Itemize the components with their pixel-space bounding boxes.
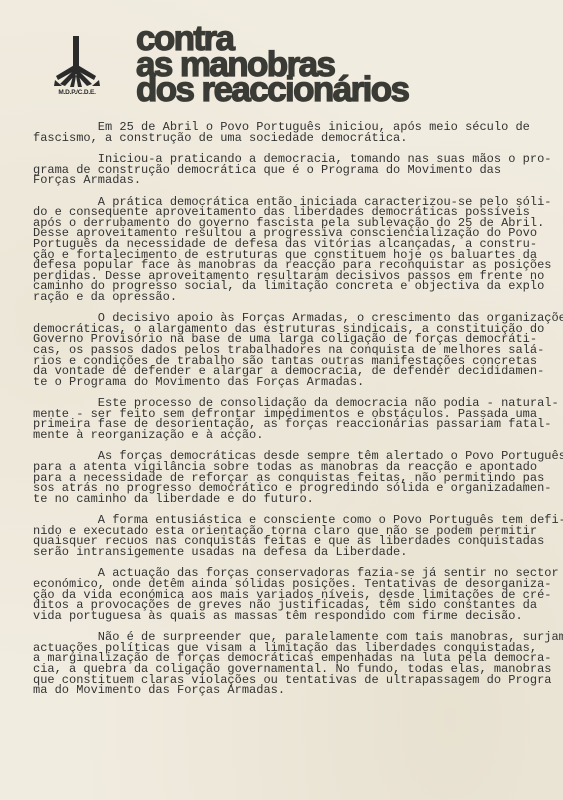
paragraph: Este processo de consolidação da democra… [33, 398, 538, 440]
text-line: mente à reorganização e à acção. [33, 430, 538, 441]
paragraph: A forma entusiástica e consciente como o… [33, 515, 538, 557]
paragraph: As forças democráticas desde sempre têm … [33, 451, 538, 504]
text-line: te o Programa do Movimento das Forças Ar… [33, 377, 538, 388]
paragraph: A prática democrática então iniciada car… [33, 197, 538, 303]
paragraph: Não é de surpreender que, paralelamente … [33, 632, 538, 696]
body-text: Em 25 de Abril o Povo Português iniciou,… [33, 122, 538, 706]
headline: contra as manobras dos reaccionários [136, 26, 408, 103]
text-line: Forças Armadas. [33, 175, 538, 186]
text-line: ração e da opressão. [33, 292, 538, 303]
paragraph: A actuação das forças conservadoras fazi… [33, 568, 538, 621]
paragraph: O decisivo apoio às Forças Armadas, o cr… [33, 313, 538, 387]
headline-line: dos reaccionários [136, 77, 408, 103]
text-line: te no caminho da liberdade e do futuro. [33, 494, 538, 505]
document-page: M.D.P./C.D.E. contra as manobras dos rea… [0, 0, 563, 800]
text-line: ma do Movimento das Forças Armadas. [33, 685, 538, 696]
paragraph: Iniciou-a praticando a democracia, toman… [33, 154, 538, 186]
logo: M.D.P./C.D.E. [54, 36, 100, 100]
logo-label: M.D.P./C.D.E. [54, 89, 100, 96]
text-line: fascismo, a construção de uma sociedade … [33, 133, 538, 144]
text-line: serão intransigemente usadas na defesa d… [33, 547, 538, 558]
text-line: vida portuguesa às quais as massas têm r… [33, 611, 538, 622]
mdp-cde-emblem-icon [54, 36, 100, 90]
paragraph: Em 25 de Abril o Povo Português iniciou,… [33, 122, 538, 143]
